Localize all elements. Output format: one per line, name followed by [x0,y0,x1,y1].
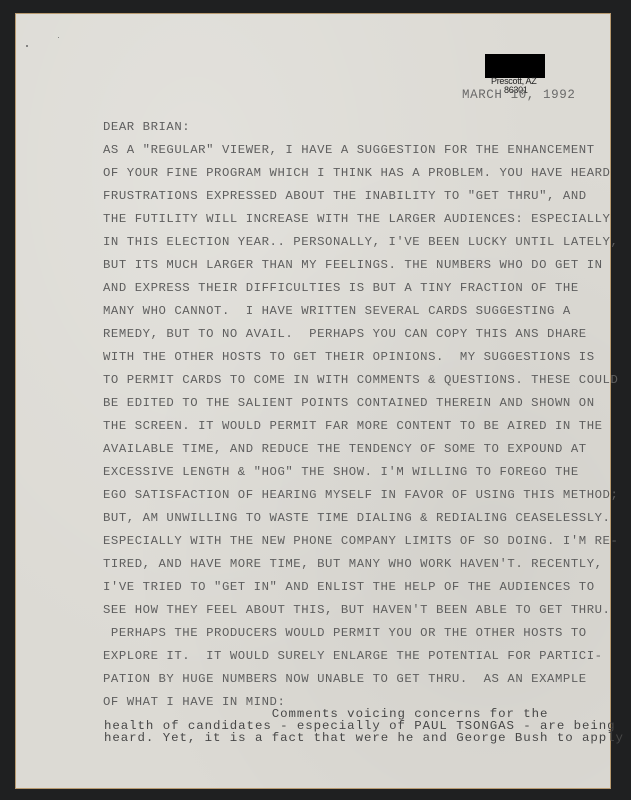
paper-speck [58,37,59,38]
body-line: TIRED, AND HAVE MORE TIME, BUT MANY WHO … [103,557,603,571]
body-line: SEE HOW THEY FEEL ABOUT THIS, BUT HAVEN'… [103,603,610,617]
body-line: BUT, AM UNWILLING TO WASTE TIME DIALING … [103,511,610,525]
body-line: ESPECIALLY WITH THE NEW PHONE COMPANY LI… [103,534,618,548]
body-line: OF YOUR FINE PROGRAM WHICH I THINK HAS A… [103,166,610,180]
body-line: BE EDITED TO THE SALIENT POINTS CONTAINE… [103,396,595,410]
body-line: PERHAPS THE PRODUCERS WOULD PERMIT YOU O… [103,626,587,640]
paper-speck [26,45,28,47]
body-line: PATION BY HUGE NUMBERS NOW UNABLE TO GET… [103,672,587,686]
letter-date: MARCH 10, 1992 [462,88,575,102]
example-line: heard. Yet, it is a fact that were he an… [104,732,624,744]
body-line: EGO SATISFACTION OF HEARING MYSELF IN FA… [103,488,618,502]
body-line: AS A "REGULAR" VIEWER, I HAVE A SUGGESTI… [103,143,595,157]
body-line: THE FUTILITY WILL INCREASE WITH THE LARG… [103,212,610,226]
body-line: BUT ITS MUCH LARGER THAN MY FEELINGS. TH… [103,258,603,272]
body-line: EXPLORE IT. IT WOULD SURELY ENLARGE THE … [103,649,603,663]
redaction-block [485,54,545,78]
body-line: FRUSTRATIONS EXPRESSED ABOUT THE INABILI… [103,189,587,203]
body-line: THE SCREEN. IT WOULD PERMIT FAR MORE CON… [103,419,603,433]
body-line: EXCESSIVE LENGTH & "HOG" THE SHOW. I'M W… [103,465,579,479]
body-line: AND EXPRESS THEIR DIFFICULTIES IS BUT A … [103,281,579,295]
body-line: TO PERMIT CARDS TO COME IN WITH COMMENTS… [103,373,618,387]
body-line: WITH THE OTHER HOSTS TO GET THEIR OPINIO… [103,350,595,364]
body-line: IN THIS ELECTION YEAR.. PERSONALLY, I'VE… [103,235,618,249]
body-line: MANY WHO CANNOT. I HAVE WRITTEN SEVERAL … [103,304,571,318]
body-line: I'VE TRIED TO "GET IN" AND ENLIST THE HE… [103,580,595,594]
body-line: AVAILABLE TIME, AND REDUCE THE TENDENCY … [103,442,587,456]
body-line: REMEDY, BUT TO NO AVAIL. PERHAPS YOU CAN… [103,327,587,341]
salutation: DEAR BRIAN: [103,120,190,134]
